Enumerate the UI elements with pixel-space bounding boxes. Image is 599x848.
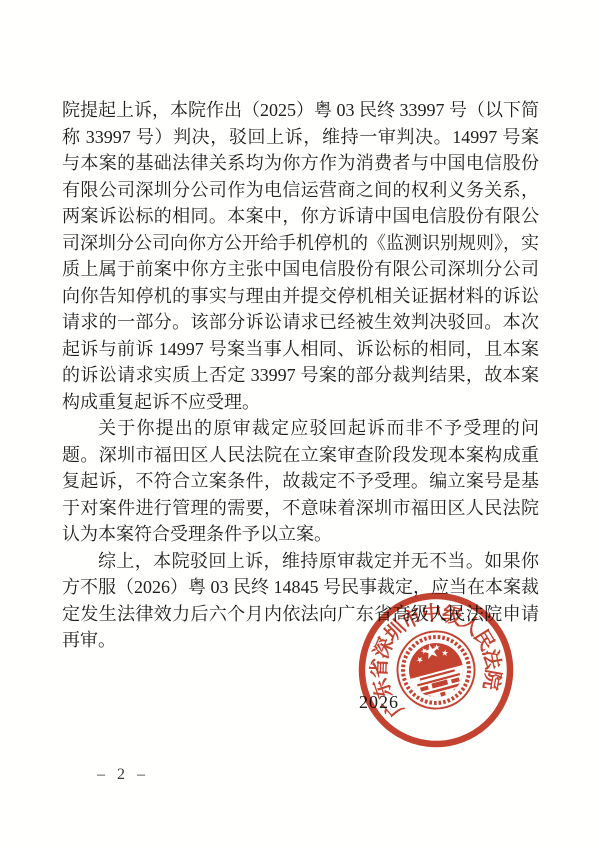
- svg-text:院: 院: [479, 668, 506, 692]
- court-ruling-page: 院提起上诉，本院作出（2025）粤 03 民终 33997 号（以下简称 339…: [0, 0, 599, 848]
- court-seal: 广东省深圳市中级人民法院: [351, 584, 521, 756]
- ruling-body-text: 院提起上诉，本院作出（2025）粤 03 民终 33997 号（以下简称 339…: [62, 97, 539, 654]
- paragraph-filing-review: 关于你提出的原审裁定应驳回起诉而非不予受理的问题。深圳市福田区人民法院在立案审查…: [62, 415, 539, 548]
- paragraph-continuation: 院提起上诉，本院作出（2025）粤 03 民终 33997 号（以下简称 339…: [62, 97, 539, 415]
- page-number: – 2 –: [97, 766, 149, 784]
